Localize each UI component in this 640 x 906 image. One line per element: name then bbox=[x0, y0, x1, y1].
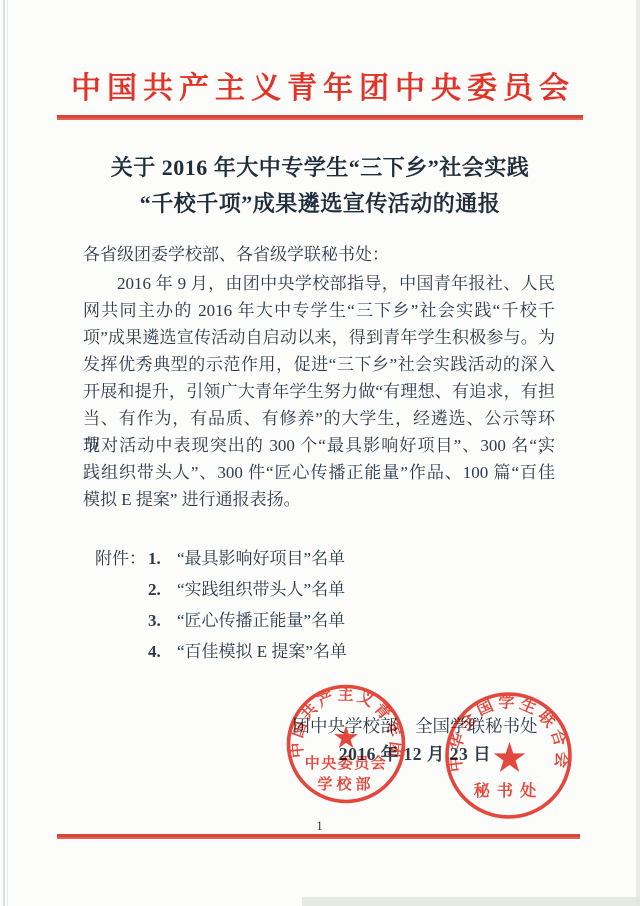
seal-right-graphic: 中华全国学生联合会 秘书处 bbox=[443, 690, 574, 821]
official-seal-left: 中国共产主义青年团 中央委员会 学校部 bbox=[285, 683, 407, 805]
letterhead-org-name: 中国共产主义青年团中央委员会 bbox=[0, 72, 640, 106]
body-line: 开展和提升，引领广大青年学生努力做“有理想、有追求，有担 bbox=[83, 378, 555, 405]
attachments-label-spacer bbox=[95, 636, 148, 667]
attachments-label: 附件： bbox=[95, 543, 148, 574]
body-line: 发挥优秀典型的示范作用，促进“三下乡”社会实践活动的深入 bbox=[83, 351, 555, 378]
scan-edge-right bbox=[636, 0, 640, 906]
attachment-item: 附件： 1. “最具影响好项目”名单 bbox=[95, 543, 575, 574]
seal-department-text: 学校部 bbox=[317, 775, 374, 793]
page-number: 1 bbox=[0, 818, 640, 834]
seal-committee-text: 中央委员会 bbox=[305, 754, 388, 772]
footer-rule bbox=[57, 834, 580, 839]
attachment-number: 4. bbox=[148, 636, 177, 667]
body-line: 模拟 E 提案” 进行通报表扬。 bbox=[83, 486, 555, 513]
attachment-number: 3. bbox=[148, 605, 177, 636]
attachment-item: 4. “百佳模拟 E 提案”名单 bbox=[95, 636, 575, 667]
attachment-number: 1. bbox=[148, 543, 177, 574]
document-title: 关于 2016 年大中专学生“三下乡”社会实践 “千校千项”成果遴选宣传活动的通… bbox=[0, 150, 640, 222]
attachment-number: 2. bbox=[148, 574, 177, 605]
scan-edge-left-2 bbox=[7, 0, 8, 906]
body-line: 当、有作为，有品质、有修养”的大学生，经遴选、公示等环节， bbox=[83, 405, 555, 432]
attachment-title: “匠心传播正能量”名单 bbox=[177, 605, 345, 636]
attachments-label-spacer bbox=[95, 574, 148, 605]
body-paragraph: 2016 年 9 月，由团中央学校部指导，中国青年报社、人民 网共同主办的 20… bbox=[83, 270, 555, 513]
attachments-list: 附件： 1. “最具影响好项目”名单 2. “实践组织带头人”名单 3. “匠心… bbox=[95, 543, 575, 667]
body-line: 项”成果遴选宣传活动自启动以来，得到青年学生积极参与。为 bbox=[83, 324, 555, 351]
attachments-label-spacer bbox=[95, 605, 148, 636]
salutation: 各省级团委学校部、各省级学联秘书处： bbox=[83, 241, 563, 269]
body-line: 践组织带头人”、300 件“匠心传播正能量”作品、100 篇“百佳 bbox=[83, 459, 555, 486]
official-seal-right: 中华全国学生联合会 秘书处 bbox=[443, 690, 574, 821]
seal-left-graphic: 中国共产主义青年团 中央委员会 学校部 bbox=[285, 683, 407, 805]
star-icon bbox=[494, 742, 526, 772]
seal-secretariat-text: 秘书处 bbox=[474, 782, 544, 800]
document-title-line2: “千校千项”成果遴选宣传活动的通报 bbox=[0, 186, 640, 222]
star-icon bbox=[334, 726, 358, 749]
attachment-title: “实践组织带头人”名单 bbox=[177, 574, 345, 605]
scan-artifact-strip bbox=[302, 897, 640, 906]
seal-arc-text: 中国共产主义青年团 bbox=[287, 685, 406, 762]
scan-edge-left bbox=[3, 0, 5, 906]
letterhead-rule bbox=[57, 115, 583, 120]
scanned-document-page: 中国共产主义青年团中央委员会 关于 2016 年大中专学生“三下乡”社会实践 “… bbox=[0, 0, 640, 906]
attachment-title: “百佳模拟 E 提案”名单 bbox=[177, 636, 347, 667]
attachment-item: 2. “实践组织带头人”名单 bbox=[95, 574, 575, 605]
body-line: 网共同主办的 2016 年大中专学生“三下乡”社会实践“千校千 bbox=[83, 297, 555, 324]
body-line: 2016 年 9 月，由团中央学校部指导，中国青年报社、人民 bbox=[83, 270, 555, 297]
attachment-item: 3. “匠心传播正能量”名单 bbox=[95, 605, 575, 636]
attachment-title: “最具影响好项目”名单 bbox=[177, 543, 345, 574]
document-title-line1: 关于 2016 年大中专学生“三下乡”社会实践 bbox=[0, 150, 640, 186]
body-line: 现对活动中表现突出的 300 个“最具影响好项目”、300 名“实 bbox=[83, 432, 555, 459]
